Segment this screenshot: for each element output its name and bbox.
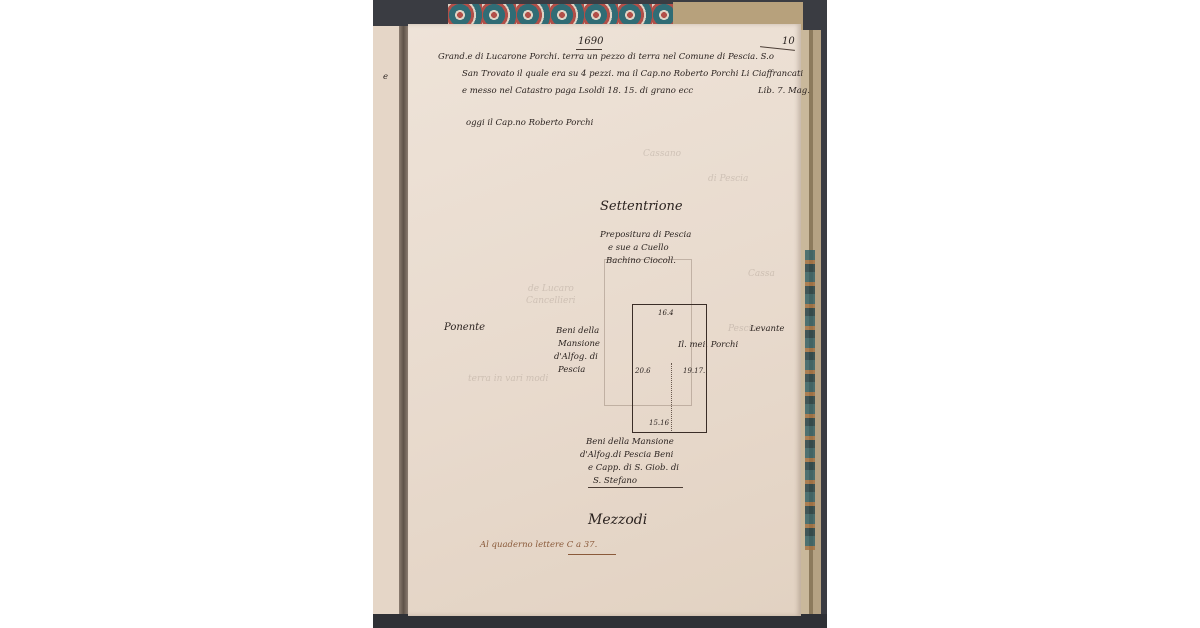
dotted-division-line (671, 363, 672, 431)
west-boundary-2: Mansione (558, 339, 600, 349)
north-boundary-3: Bachino Ciocoll. (606, 256, 676, 266)
entry-line-2: San Trovato il quale era su 4 pezzi. ma … (462, 69, 803, 79)
manuscript-scan: Cassano di Pescia de Lucaro Cancellieri … (373, 0, 827, 628)
year-heading: 1690 (578, 36, 603, 47)
north-label: Settentrione (600, 199, 683, 214)
west-label: Ponente (444, 322, 485, 333)
left-page-fragment (373, 26, 401, 616)
south-boundary-2: d'Alfog.di Pescia Beni (580, 450, 673, 460)
entry-line-4: oggi il Cap.no Roberto Porchi (466, 118, 593, 128)
south-boundary-4: S. Stefano (593, 476, 637, 486)
measure-right: 19.17. (683, 367, 705, 375)
south-boundary-1: Beni della Mansione (586, 437, 674, 447)
measure-left: 20.6 (635, 367, 651, 375)
cover-edge-pattern (805, 250, 815, 550)
measure-top: 16.4 (658, 309, 674, 317)
left-page-letter: e (383, 72, 388, 82)
manuscript-page: Cassano di Pescia de Lucaro Cancellieri … (408, 24, 801, 616)
page-number: 10 (782, 36, 795, 47)
south-label: Mezzodi (588, 512, 647, 528)
north-boundary-2: e sue a Cuello (608, 243, 669, 253)
footer-note: Al quaderno lettere C a 37. (480, 540, 597, 550)
marginal-note: Lib. 7. Mag. (758, 86, 810, 96)
west-boundary-1: Beni della (556, 326, 599, 336)
west-boundary-4: Pescia (558, 365, 585, 375)
measure-bottom: 15.16 (649, 419, 669, 427)
parcel-outline: 16.4 20.6 19.17. 15.16 (632, 304, 707, 433)
entry-line-3: e messo nel Catastro paga Lsoldi 18. 15.… (462, 86, 693, 96)
west-boundary-3: d'Alfog. di (554, 352, 598, 362)
book-gutter (399, 26, 408, 618)
east-label: Levante (750, 324, 784, 334)
bottom-shadow (373, 614, 827, 628)
entry-line-1: Grand.e di Lucarone Porchi. terra un pez… (438, 52, 774, 62)
south-boundary-3: e Capp. di S. Giob. di (588, 463, 679, 473)
north-boundary-1: Prepositura di Pescia (600, 230, 691, 240)
